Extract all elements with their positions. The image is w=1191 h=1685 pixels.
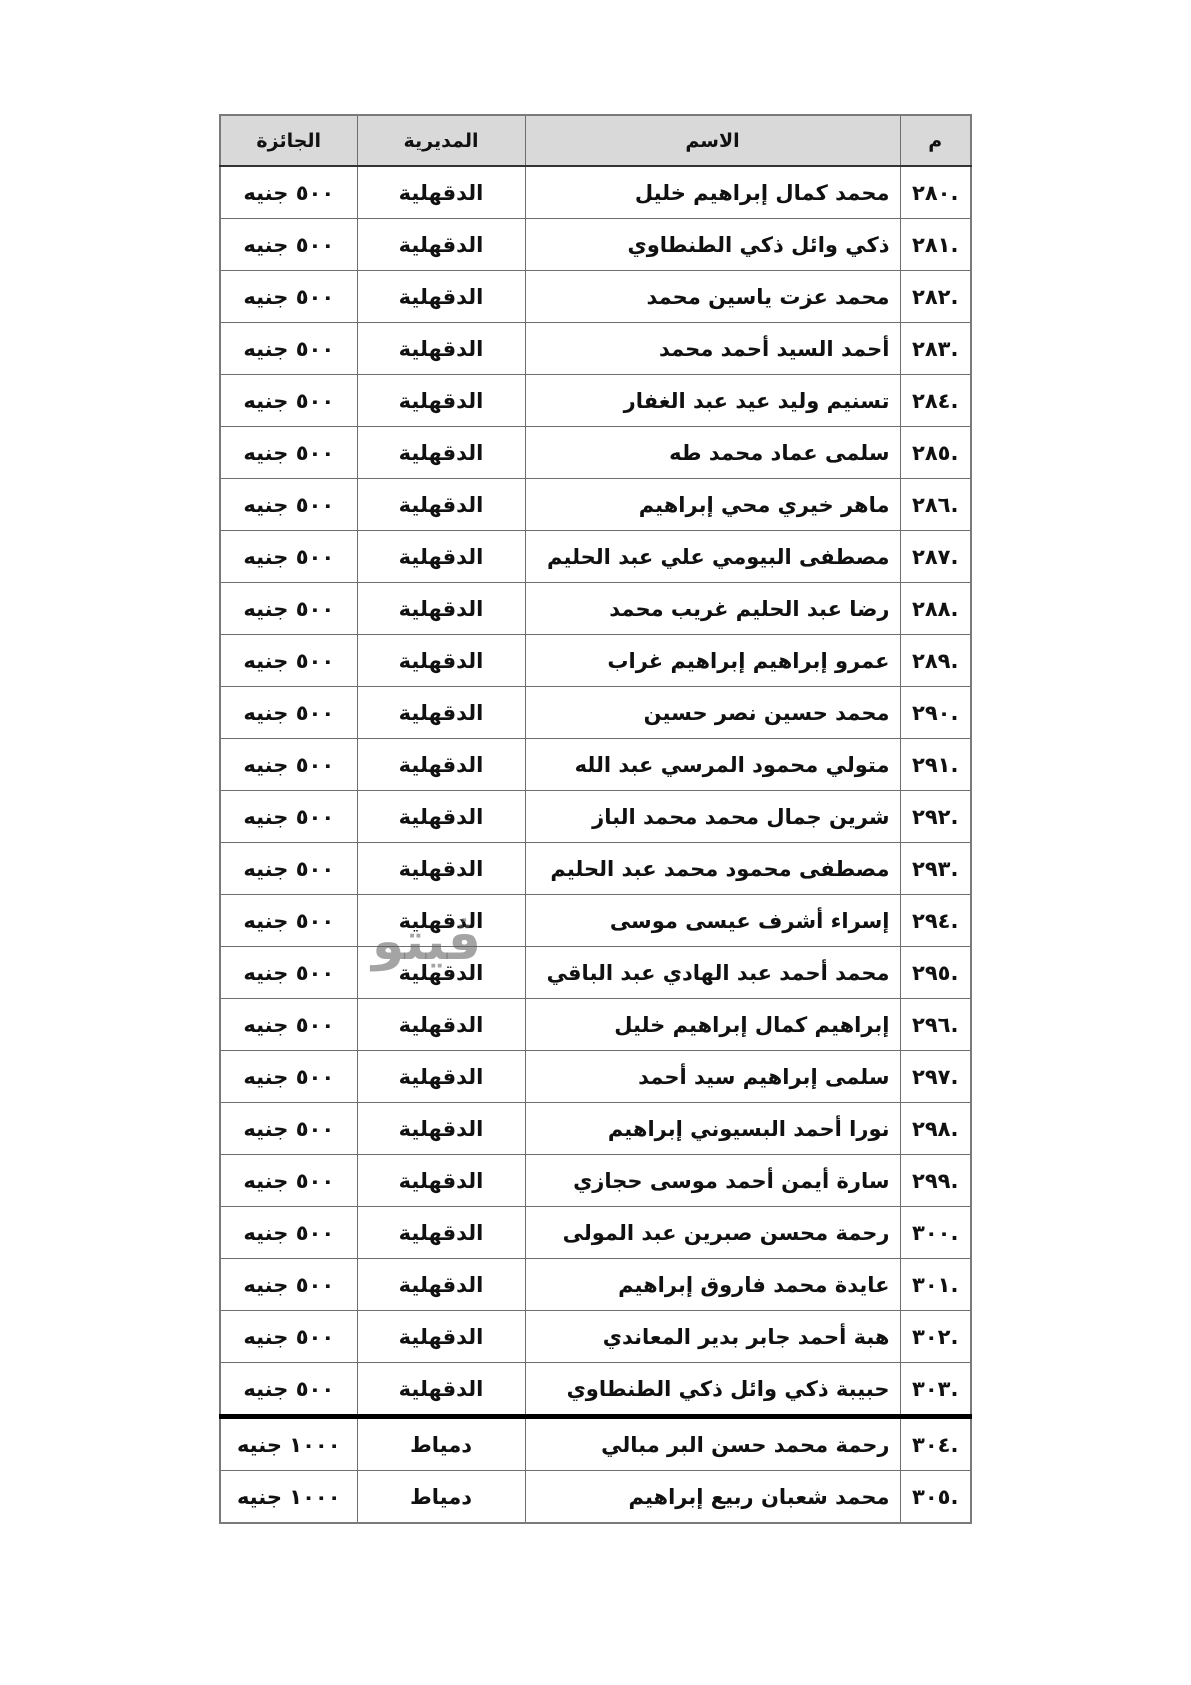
row-directorate: الدقهلية bbox=[357, 739, 525, 791]
row-directorate: الدقهلية bbox=[357, 583, 525, 635]
row-directorate: الدقهلية bbox=[357, 1259, 525, 1311]
row-name: سارة أيمن أحمد موسى حجازي bbox=[525, 1155, 900, 1207]
row-name: حبيبة ذكي وائل ذكي الطنطاوي bbox=[525, 1363, 900, 1417]
row-number: .٢٩٧ bbox=[900, 1051, 971, 1103]
document-page: م الاسم المديرية الجائزة .٢٨٠ محمد كمال … bbox=[0, 0, 1191, 1685]
table-row: .٢٨٨ رضا عبد الحليم غريب محمد الدقهلية ٥… bbox=[220, 583, 971, 635]
row-name: عايدة محمد فاروق إبراهيم bbox=[525, 1259, 900, 1311]
table-row: .٢٩٧ سلمى إبراهيم سيد أحمد الدقهلية ٥٠٠ … bbox=[220, 1051, 971, 1103]
row-prize: ٥٠٠ جنيه bbox=[220, 375, 357, 427]
row-directorate: الدقهلية bbox=[357, 1363, 525, 1417]
table-row: .٢٨١ ذكي وائل ذكي الطنطاوي الدقهلية ٥٠٠ … bbox=[220, 219, 971, 271]
row-directorate: الدقهلية bbox=[357, 1155, 525, 1207]
row-number: .٢٩٦ bbox=[900, 999, 971, 1051]
row-prize: ٥٠٠ جنيه bbox=[220, 947, 357, 999]
header-number: م bbox=[900, 115, 971, 166]
table-row: .٢٩٩ سارة أيمن أحمد موسى حجازي الدقهلية … bbox=[220, 1155, 971, 1207]
row-directorate: الدقهلية bbox=[357, 635, 525, 687]
row-directorate: الدقهلية bbox=[357, 323, 525, 375]
row-number: .٣٠٢ bbox=[900, 1311, 971, 1363]
row-prize: ٥٠٠ جنيه bbox=[220, 791, 357, 843]
row-number: .٣٠٥ bbox=[900, 1471, 971, 1524]
table-row: .٢٨٤ تسنيم وليد عيد عبد الغفار الدقهلية … bbox=[220, 375, 971, 427]
row-prize: ٥٠٠ جنيه bbox=[220, 219, 357, 271]
table-row: .٢٩٢ شرين جمال محمد محمد الباز الدقهلية … bbox=[220, 791, 971, 843]
row-prize: ٥٠٠ جنيه bbox=[220, 531, 357, 583]
table-row: .٢٨٥ سلمى عماد محمد طه الدقهلية ٥٠٠ جنيه bbox=[220, 427, 971, 479]
row-number: .٢٩٢ bbox=[900, 791, 971, 843]
row-number: .٢٩٠ bbox=[900, 687, 971, 739]
row-directorate: الدقهلية bbox=[357, 219, 525, 271]
row-name: رحمة محمد حسن البر مبالي bbox=[525, 1417, 900, 1471]
row-prize: ٥٠٠ جنيه bbox=[220, 1051, 357, 1103]
table-row: .٢٨٠ محمد كمال إبراهيم خليل الدقهلية ٥٠٠… bbox=[220, 166, 971, 219]
row-prize: ٥٠٠ جنيه bbox=[220, 1103, 357, 1155]
table-row: .٣٠١ عايدة محمد فاروق إبراهيم الدقهلية ٥… bbox=[220, 1259, 971, 1311]
table-row: .٣٠٣ حبيبة ذكي وائل ذكي الطنطاوي الدقهلي… bbox=[220, 1363, 971, 1417]
row-name: إبراهيم كمال إبراهيم خليل bbox=[525, 999, 900, 1051]
row-name: هبة أحمد جابر بدير المعاندي bbox=[525, 1311, 900, 1363]
row-directorate: الدقهلية bbox=[357, 271, 525, 323]
row-prize: ٥٠٠ جنيه bbox=[220, 323, 357, 375]
row-number: .٢٨٨ bbox=[900, 583, 971, 635]
row-prize: ٥٠٠ جنيه bbox=[220, 271, 357, 323]
row-number: .٢٩١ bbox=[900, 739, 971, 791]
row-name: تسنيم وليد عيد عبد الغفار bbox=[525, 375, 900, 427]
row-name: محمد عزت ياسين محمد bbox=[525, 271, 900, 323]
table-row: .٢٩١ متولي محمود المرسي عبد الله الدقهلي… bbox=[220, 739, 971, 791]
row-number: .٢٨٧ bbox=[900, 531, 971, 583]
row-prize: ٥٠٠ جنيه bbox=[220, 583, 357, 635]
row-directorate: الدقهلية bbox=[357, 479, 525, 531]
row-directorate: الدقهلية bbox=[357, 947, 525, 999]
table-row: .٢٩٥ محمد أحمد عبد الهادي عبد الباقي الد… bbox=[220, 947, 971, 999]
row-number: .٢٨٤ bbox=[900, 375, 971, 427]
row-prize: ١٠٠٠ جنيه bbox=[220, 1417, 357, 1471]
row-prize: ١٠٠٠ جنيه bbox=[220, 1471, 357, 1524]
table-row: .٢٨٦ ماهر خيري محي إبراهيم الدقهلية ٥٠٠ … bbox=[220, 479, 971, 531]
row-directorate: الدقهلية bbox=[357, 1103, 525, 1155]
row-name: رضا عبد الحليم غريب محمد bbox=[525, 583, 900, 635]
row-name: إسراء أشرف عيسى موسى bbox=[525, 895, 900, 947]
table-row: .٢٨٣ أحمد السيد أحمد محمد الدقهلية ٥٠٠ ج… bbox=[220, 323, 971, 375]
row-number: .٣٠٠ bbox=[900, 1207, 971, 1259]
table-row: .٢٩٦ إبراهيم كمال إبراهيم خليل الدقهلية … bbox=[220, 999, 971, 1051]
row-prize: ٥٠٠ جنيه bbox=[220, 687, 357, 739]
row-name: محمد أحمد عبد الهادي عبد الباقي bbox=[525, 947, 900, 999]
row-prize: ٥٠٠ جنيه bbox=[220, 166, 357, 219]
table-row: .٢٩٣ مصطفى محمود محمد عبد الحليم الدقهلي… bbox=[220, 843, 971, 895]
row-name: شرين جمال محمد محمد الباز bbox=[525, 791, 900, 843]
row-name: مصطفى محمود محمد عبد الحليم bbox=[525, 843, 900, 895]
row-name: مصطفى البيومي علي عبد الحليم bbox=[525, 531, 900, 583]
row-directorate: الدقهلية bbox=[357, 531, 525, 583]
row-number: .٢٩٣ bbox=[900, 843, 971, 895]
row-prize: ٥٠٠ جنيه bbox=[220, 635, 357, 687]
row-directorate: الدقهلية bbox=[357, 375, 525, 427]
row-number: .٣٠٤ bbox=[900, 1417, 971, 1471]
header-name: الاسم bbox=[525, 115, 900, 166]
row-directorate: الدقهلية bbox=[357, 687, 525, 739]
row-prize: ٥٠٠ جنيه bbox=[220, 739, 357, 791]
row-prize: ٥٠٠ جنيه bbox=[220, 1363, 357, 1417]
row-number: .٣٠٣ bbox=[900, 1363, 971, 1417]
row-name: نورا أحمد البسيوني إبراهيم bbox=[525, 1103, 900, 1155]
row-number: .٢٩٥ bbox=[900, 947, 971, 999]
table-row: .٢٨٧ مصطفى البيومي علي عبد الحليم الدقهل… bbox=[220, 531, 971, 583]
row-directorate: الدقهلية bbox=[357, 1311, 525, 1363]
table-header-row: م الاسم المديرية الجائزة bbox=[220, 115, 971, 166]
row-number: .٢٨٥ bbox=[900, 427, 971, 479]
row-directorate: الدقهلية bbox=[357, 999, 525, 1051]
row-name: سلمى إبراهيم سيد أحمد bbox=[525, 1051, 900, 1103]
row-name: محمد كمال إبراهيم خليل bbox=[525, 166, 900, 219]
row-prize: ٥٠٠ جنيه bbox=[220, 1259, 357, 1311]
table-row: .٢٩٠ محمد حسين نصر حسين الدقهلية ٥٠٠ جني… bbox=[220, 687, 971, 739]
row-prize: ٥٠٠ جنيه bbox=[220, 895, 357, 947]
row-name: أحمد السيد أحمد محمد bbox=[525, 323, 900, 375]
row-directorate: الدقهلية bbox=[357, 1051, 525, 1103]
row-prize: ٥٠٠ جنيه bbox=[220, 1207, 357, 1259]
row-prize: ٥٠٠ جنيه bbox=[220, 843, 357, 895]
row-directorate: الدقهلية bbox=[357, 843, 525, 895]
table-row: .٣٠٢ هبة أحمد جابر بدير المعاندي الدقهلي… bbox=[220, 1311, 971, 1363]
row-number: .٢٩٩ bbox=[900, 1155, 971, 1207]
row-name: محمد حسين نصر حسين bbox=[525, 687, 900, 739]
winners-table: م الاسم المديرية الجائزة .٢٨٠ محمد كمال … bbox=[219, 114, 972, 1524]
row-number: .٢٨٣ bbox=[900, 323, 971, 375]
row-directorate: الدقهلية bbox=[357, 166, 525, 219]
table-row: .٣٠٥ محمد شعبان ربيع إبراهيم دمياط ١٠٠٠ … bbox=[220, 1471, 971, 1524]
row-number: .٢٨٩ bbox=[900, 635, 971, 687]
row-number: .٢٩٨ bbox=[900, 1103, 971, 1155]
table-row: .٢٩٤ إسراء أشرف عيسى موسى الدقهلية ٥٠٠ ج… bbox=[220, 895, 971, 947]
row-number: .٢٨٦ bbox=[900, 479, 971, 531]
row-name: ذكي وائل ذكي الطنطاوي bbox=[525, 219, 900, 271]
row-name: ماهر خيري محي إبراهيم bbox=[525, 479, 900, 531]
row-number: .٢٨١ bbox=[900, 219, 971, 271]
table-row: .٣٠٠ رحمة محسن صبرين عبد المولى الدقهلية… bbox=[220, 1207, 971, 1259]
row-directorate: الدقهلية bbox=[357, 1207, 525, 1259]
row-directorate: الدقهلية bbox=[357, 791, 525, 843]
header-directorate: المديرية bbox=[357, 115, 525, 166]
row-prize: ٥٠٠ جنيه bbox=[220, 479, 357, 531]
row-directorate: دمياط bbox=[357, 1417, 525, 1471]
row-name: محمد شعبان ربيع إبراهيم bbox=[525, 1471, 900, 1524]
row-prize: ٥٠٠ جنيه bbox=[220, 427, 357, 479]
row-directorate: دمياط bbox=[357, 1471, 525, 1524]
row-directorate: الدقهلية bbox=[357, 895, 525, 947]
header-prize: الجائزة bbox=[220, 115, 357, 166]
row-number: .٣٠١ bbox=[900, 1259, 971, 1311]
row-prize: ٥٠٠ جنيه bbox=[220, 1311, 357, 1363]
row-name: عمرو إبراهيم إبراهيم غراب bbox=[525, 635, 900, 687]
row-number: .٢٨٢ bbox=[900, 271, 971, 323]
row-prize: ٥٠٠ جنيه bbox=[220, 1155, 357, 1207]
row-name: متولي محمود المرسي عبد الله bbox=[525, 739, 900, 791]
row-directorate: الدقهلية bbox=[357, 427, 525, 479]
row-number: .٢٩٤ bbox=[900, 895, 971, 947]
table-row: .٢٩٨ نورا أحمد البسيوني إبراهيم الدقهلية… bbox=[220, 1103, 971, 1155]
table-row: .٢٨٩ عمرو إبراهيم إبراهيم غراب الدقهلية … bbox=[220, 635, 971, 687]
row-prize: ٥٠٠ جنيه bbox=[220, 999, 357, 1051]
table-row: .٣٠٤ رحمة محمد حسن البر مبالي دمياط ١٠٠٠… bbox=[220, 1417, 971, 1471]
row-name: سلمى عماد محمد طه bbox=[525, 427, 900, 479]
table-row: .٢٨٢ محمد عزت ياسين محمد الدقهلية ٥٠٠ جن… bbox=[220, 271, 971, 323]
row-name: رحمة محسن صبرين عبد المولى bbox=[525, 1207, 900, 1259]
row-number: .٢٨٠ bbox=[900, 166, 971, 219]
